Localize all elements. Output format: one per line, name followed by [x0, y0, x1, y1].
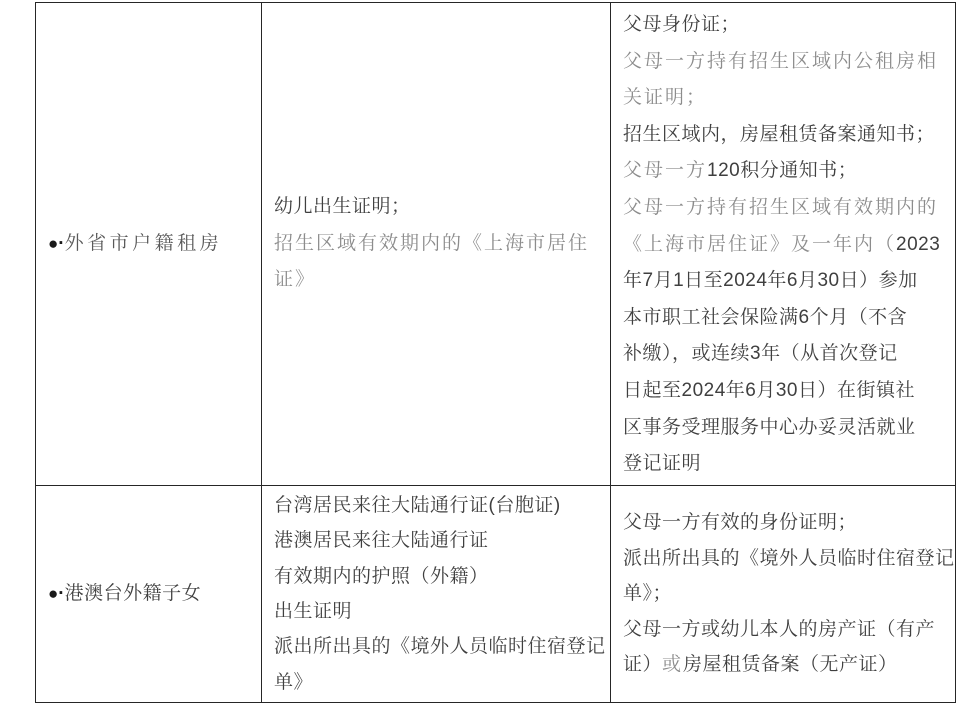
- text-line: 登记证明: [623, 446, 943, 483]
- text-run: 年7月1日至2024年6月30日）参加: [623, 270, 918, 291]
- text-run: 出生证明: [274, 601, 352, 622]
- text-run: 《上海市居住证》及一年内（: [623, 234, 896, 255]
- text-run: 补缴），或连续3年（从首次登记: [623, 343, 898, 364]
- table-body: ●·外省市户籍租房幼儿出生证明；招生区域有效期内的《上海市居住证》父母身份证；父…: [36, 3, 956, 703]
- table-row: ●·外省市户籍租房幼儿出生证明；招生区域有效期内的《上海市居住证》父母身份证；父…: [36, 3, 956, 486]
- text-line: 证）或房屋租赁备案（无产证）: [623, 647, 943, 682]
- text-line: 关证明；: [623, 80, 943, 117]
- category-cell: ●·外省市户籍租房: [36, 3, 262, 486]
- text-line: 台湾居民来往大陆通行证(台胞证): [274, 488, 598, 523]
- page-root: ●·外省市户籍租房幼儿出生证明；招生区域有效期内的《上海市居住证》父母身份证；父…: [0, 0, 977, 704]
- document-table: ●·外省市户籍租房幼儿出生证明；招生区域有效期内的《上海市居住证》父母身份证；父…: [35, 2, 956, 703]
- text-line: 证》: [274, 262, 598, 299]
- text-run: 有效期内的护照（外籍）: [274, 566, 489, 587]
- text-line: 父母一方120积分通知书；: [623, 153, 943, 190]
- text-run: 派出所出具的《境外人员临时住宿登记: [623, 548, 955, 569]
- requirements-cell: 父母一方有效的身份证明；派出所出具的《境外人员临时住宿登记单》；父母一方或幼儿本…: [611, 485, 956, 702]
- text-run: 登记证明: [623, 453, 701, 474]
- documents-cell: 台湾居民来往大陆通行证(台胞证)港澳居民来往大陆通行证有效期内的护照（外籍）出生…: [262, 485, 611, 702]
- table-row: ●·港澳台外籍子女台湾居民来往大陆通行证(台胞证)港澳居民来往大陆通行证有效期内…: [36, 485, 956, 702]
- documents-cell: 幼儿出生证明；招生区域有效期内的《上海市居住证》: [262, 3, 611, 486]
- text-line: 出生证明: [274, 594, 598, 629]
- text-run: 父母一方有效的身份证明；: [623, 512, 857, 533]
- text-line: 日起至2024年6月30日）在街镇社: [623, 373, 943, 410]
- text-line: 单》；: [623, 576, 943, 611]
- text-run: 或: [662, 654, 683, 675]
- text-line: 父母一方持有招生区域内公租房相: [623, 44, 943, 81]
- text-run: 区事务受理服务中心办妥灵活就业: [623, 417, 916, 438]
- category-line: ●·外省市户籍租房: [48, 232, 249, 256]
- text-run: 120积分通知书；: [707, 160, 857, 181]
- text-run: 父母身份证；: [623, 14, 740, 35]
- document-table-wrap: ●·外省市户籍租房幼儿出生证明；招生区域有效期内的《上海市居住证》父母身份证；父…: [35, 2, 956, 703]
- text-line: 父母身份证；: [623, 7, 943, 44]
- text-line: 派出所出具的《境外人员临时住宿登记: [623, 541, 943, 576]
- requirements-cell: 父母身份证；父母一方持有招生区域内公租房相关证明；招生区域内，房屋租赁备案通知书…: [611, 3, 956, 486]
- category-cell: ●·港澳台外籍子女: [36, 485, 262, 702]
- category-line: ●·港澳台外籍子女: [48, 582, 249, 606]
- text-run: 派出所出具的《境外人员临时住宿登记: [274, 636, 606, 657]
- text-line: 派出所出具的《境外人员临时住宿登记: [274, 629, 598, 664]
- text-run: 2023: [896, 234, 940, 255]
- text-run: 台湾居民来往大陆通行证(台胞证): [274, 495, 561, 516]
- text-line: 本市职工社会保险满6个月（不含: [623, 300, 943, 337]
- text-line: 年7月1日至2024年6月30日）参加: [623, 263, 943, 300]
- text-run: 幼儿出生证明；: [274, 196, 411, 217]
- text-run: 单》: [274, 672, 313, 693]
- text-run: 证》: [274, 269, 316, 290]
- text-line: 父母一方有效的身份证明；: [623, 505, 943, 540]
- text-run: 单》；: [623, 583, 672, 604]
- text-line: 区事务受理服务中心办妥灵活就业: [623, 410, 943, 447]
- text-run: 父母一方: [623, 160, 707, 181]
- text-line: 单》: [274, 665, 598, 700]
- text-run: 父母一方或幼儿本人的房产证（有产: [623, 619, 935, 640]
- text-line: 有效期内的护照（外籍）: [274, 559, 598, 594]
- text-run: 招生区域内，房屋租赁备案通知书；: [623, 124, 935, 145]
- text-run: 日起至2024年6月30日）在街镇社: [623, 380, 915, 401]
- text-run: 本市职工社会保险满6个月（不含: [623, 307, 907, 328]
- text-line: 父母一方持有招生区域有效期内的: [623, 190, 943, 227]
- text-line: 幼儿出生证明；: [274, 189, 598, 226]
- text-line: 港澳居民来往大陆通行证: [274, 523, 598, 558]
- text-line: 补缴），或连续3年（从首次登记: [623, 336, 943, 373]
- text-run: 关证明；: [623, 87, 707, 108]
- bullet-icon: ●: [48, 234, 58, 253]
- category-label: 外省市户籍租房: [65, 233, 223, 254]
- text-run: 父母一方持有招生区域有效期内的: [623, 197, 938, 218]
- text-line: 招生区域有效期内的《上海市居住: [274, 226, 598, 263]
- text-run: 证）: [623, 654, 662, 675]
- text-run: 港澳居民来往大陆通行证: [274, 530, 489, 551]
- text-line: 《上海市居住证》及一年内（2023: [623, 227, 943, 264]
- text-line: 父母一方或幼儿本人的房产证（有产: [623, 612, 943, 647]
- bullet-icon: ●: [48, 584, 58, 603]
- text-line: 招生区域内，房屋租赁备案通知书；: [623, 117, 943, 154]
- text-run: 房屋租赁备案（无产证）: [683, 654, 898, 675]
- text-run: 招生区域有效期内的《上海市居住: [274, 233, 589, 254]
- text-run: 父母一方持有招生区域内公租房相: [623, 51, 938, 72]
- category-label: 港澳台外籍子女: [65, 583, 202, 604]
